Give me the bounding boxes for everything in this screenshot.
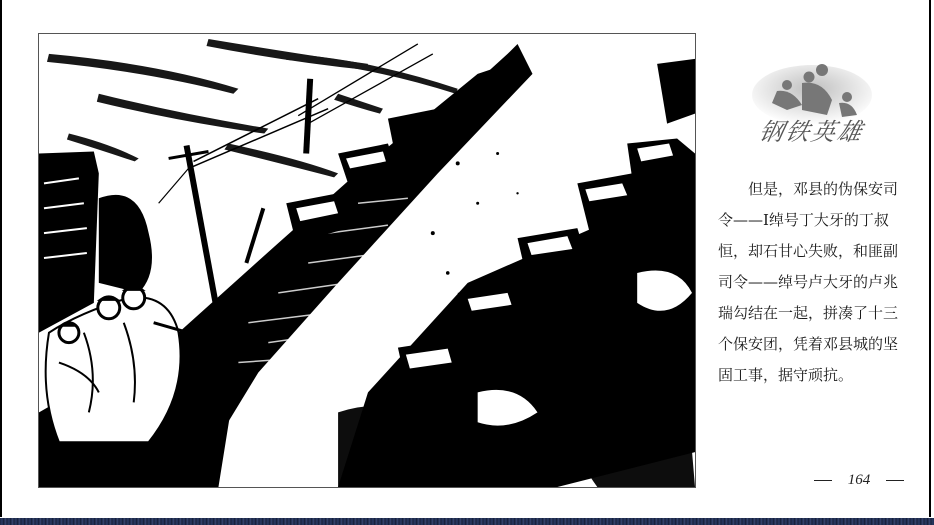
page-number: 164 bbox=[814, 472, 904, 489]
text-line: 司令——绰号卢大牙的卢兆 bbox=[718, 267, 902, 298]
emblem-title: 钢铁英雄 bbox=[743, 112, 880, 147]
illustration-city-wall bbox=[38, 33, 696, 488]
text-line: 瑞勾结在一起，拼凑了十三 bbox=[718, 298, 902, 329]
dash-left bbox=[814, 480, 832, 481]
page-number-value: 164 bbox=[848, 472, 871, 489]
body-text: 但是，邓县的伪保安司 令——I绰号丁大牙的丁叔 恒，却石甘心失败，和匪副 司令—… bbox=[718, 174, 902, 391]
text-line: 个保安团，凭着邓县城的坚 bbox=[718, 329, 902, 360]
text-line: 令——I绰号丁大牙的丁叔 bbox=[718, 205, 902, 236]
text-line: 恒，却石甘心失败，和匪副 bbox=[718, 236, 902, 267]
ink-drawing-icon bbox=[39, 34, 695, 487]
book-page: 钢铁英雄 但是，邓县的伪保安司 令——I绰号丁大牙的丁叔 恒，却石甘心失败，和匪… bbox=[0, 0, 931, 517]
text-line: 但是，邓县的伪保安司 bbox=[718, 174, 902, 205]
text-line: 固工事，据守顽抗。 bbox=[718, 360, 902, 391]
dash-right bbox=[886, 480, 904, 481]
bottom-edge-strip bbox=[0, 518, 934, 525]
